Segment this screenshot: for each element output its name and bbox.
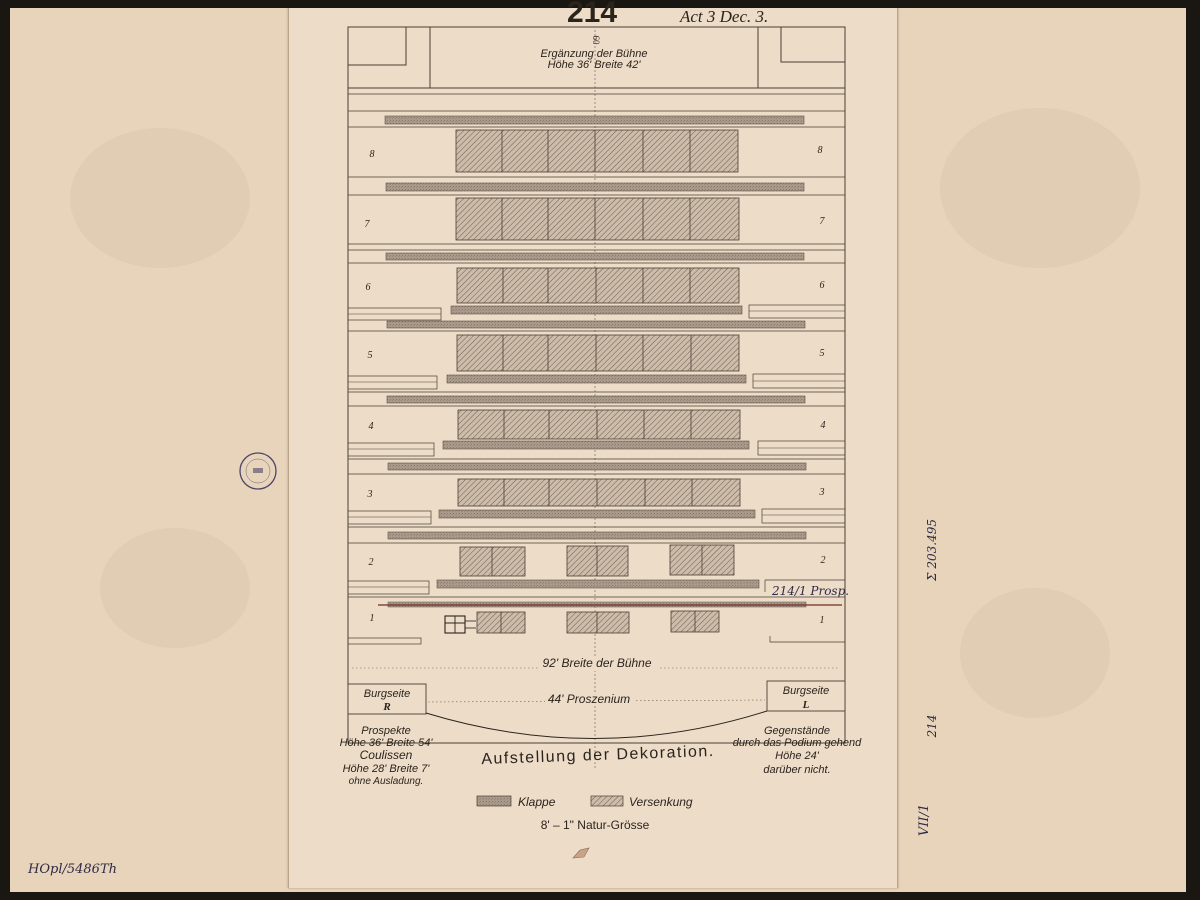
burgseite-left-side: L <box>802 699 810 711</box>
note-line: darüber nicht. <box>763 764 830 776</box>
klappe-bar <box>386 183 804 191</box>
row-number-left: 8 <box>370 149 375 160</box>
klappe-bar <box>387 396 805 403</box>
row-number-right: 2 <box>821 555 826 566</box>
bottom-left-shelfmark: HOpl/5486Th <box>27 862 117 877</box>
versenkung-block <box>457 268 739 303</box>
klappe-swatch <box>477 796 511 806</box>
act-scene-note: Act 3 Dec. 3. <box>679 7 768 26</box>
coulisse-left <box>348 511 431 524</box>
versenkung-block <box>458 410 740 439</box>
row-number-right: 4 <box>821 420 826 431</box>
burgseite-left-label: Burgseite <box>783 685 829 697</box>
extension-dims: Höhe 36' Breite 42' <box>548 59 642 71</box>
versenkung-block <box>457 335 739 371</box>
row-8: 8 8 <box>370 130 823 172</box>
coulisse-right <box>749 305 845 318</box>
row-number-left: 5 <box>368 350 373 361</box>
note-line: ohne Ausladung. <box>349 776 424 787</box>
klappe-bar <box>386 253 804 260</box>
right-notes: Gegenstände durch das Podium gehend Höhe… <box>733 725 862 776</box>
versenkung-block <box>458 479 740 506</box>
klappe-bar <box>439 510 755 518</box>
versenkung-block <box>460 547 525 576</box>
note-line: Höhe 24' <box>775 750 820 762</box>
row-number-right: 5 <box>820 348 825 359</box>
row-number-right: 1 <box>820 615 825 626</box>
diagram-title: Aufstellung der Dekoration. <box>481 743 715 768</box>
klappe-legend-label: Klappe <box>518 795 556 809</box>
row-number-right: 7 <box>820 216 826 227</box>
row-number-left: 6 <box>366 282 371 293</box>
right-margin-sheet: 214 <box>925 715 939 739</box>
klappe-bar <box>388 532 806 539</box>
scale-label: 8' – 1" Natur-Grösse <box>541 818 650 832</box>
row-1: 1 1 <box>370 611 825 633</box>
burgseite-right-side: R <box>382 701 390 713</box>
row-2: 2 2 <box>369 545 826 576</box>
corner-box-right <box>781 27 845 62</box>
klappe-bar <box>387 321 805 328</box>
row-number-right: 3 <box>819 487 825 498</box>
handwritten-line-note: 214/1 Prosp. <box>771 584 849 598</box>
coulisse-right <box>770 636 845 642</box>
coulisse-left <box>348 638 421 644</box>
versenkung-legend-label: Versenkung <box>629 795 693 809</box>
note-line: Gegenstände <box>764 725 830 737</box>
klappe-bar <box>385 116 804 124</box>
coulisse-left <box>348 581 429 594</box>
sheet-number: 214 <box>567 0 617 29</box>
row-number-left: 2 <box>369 557 374 568</box>
row-6: 6 6 <box>366 268 825 303</box>
note-line: Prospekte <box>361 725 411 737</box>
note-line: durch das Podium gehend <box>733 737 862 749</box>
row-4: 4 4 <box>369 410 826 439</box>
versenkung-block <box>567 612 629 633</box>
burgseite-right-label: Burgseite <box>364 688 410 700</box>
top-small-number: 60 <box>591 36 601 46</box>
klappe-bar <box>388 463 806 470</box>
stage-plan-drawing: 214 Act 3 Dec. 3. 60 Ergänzung der Bühne… <box>0 0 1200 900</box>
coulisse-left <box>348 376 437 389</box>
winch-mechanism-icon <box>445 616 476 633</box>
library-stamp-icon <box>240 453 276 489</box>
proscenium-arc <box>426 711 767 739</box>
legend: Klappe Versenkung 8' – 1" Natur-Grösse <box>477 795 693 832</box>
note-line: Höhe 28' Breite 7' <box>343 763 431 775</box>
row-number-right: 8 <box>818 145 823 156</box>
proscenium-label: 44' Proszenium <box>548 692 630 706</box>
row-7: 7 7 <box>365 198 826 240</box>
versenkung-block <box>456 130 738 172</box>
klappe-bar <box>437 580 759 588</box>
klappe-bar <box>447 375 746 383</box>
versenkung-block <box>456 198 739 240</box>
versenkung-swatch <box>591 796 623 806</box>
corner-box-left <box>348 27 406 65</box>
right-margin-signature: VII/1 <box>917 804 932 836</box>
klappe-bar <box>451 306 742 314</box>
note-line: Coulissen <box>360 748 413 762</box>
row-number-left: 3 <box>367 489 373 500</box>
paper-tear <box>573 848 589 858</box>
row-3: 3 3 <box>367 479 825 506</box>
row-number-left: 4 <box>369 421 374 432</box>
stage-width-label: 92' Breite der Bühne <box>542 656 651 670</box>
coulisse-left <box>348 443 434 456</box>
row-5: 5 5 <box>368 335 825 371</box>
versenkung-block <box>567 546 628 576</box>
right-margin-number: Σ 203.495 <box>925 519 939 582</box>
row-number-right: 6 <box>820 280 825 291</box>
klappe-bar <box>443 441 749 449</box>
row-number-left: 7 <box>365 219 371 230</box>
row-number-left: 1 <box>370 613 375 624</box>
left-notes: Prospekte Höhe 36' Breite 54' Coulissen … <box>340 725 434 787</box>
coulisse-right <box>762 509 845 523</box>
